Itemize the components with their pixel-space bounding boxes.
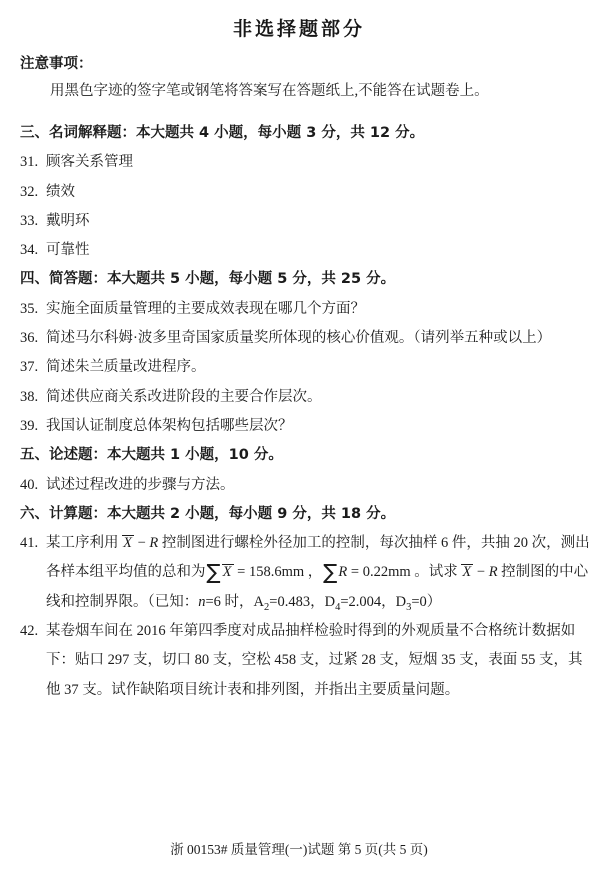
question-39: 39.我国认证制度总体架构包括哪些层次？ <box>0 412 598 441</box>
question-42-number: 42. <box>20 617 38 646</box>
question-32: 32.绩效 <box>0 178 598 207</box>
question-35-number: 35. <box>20 295 38 324</box>
section-6-header: 六、计算题：本大题共 2 小题，每小题 9 分，共 18 分。 <box>0 500 598 529</box>
question-32-number: 32. <box>20 178 38 207</box>
question-41-line-1: 41.某工序利用 X − R 控制图进行螺栓外径加工的控制，每次抽样 6 件，共… <box>0 529 598 558</box>
question-34-text: 可靠性 <box>46 242 90 258</box>
question-33: 33.戴明环 <box>0 207 598 236</box>
question-42-text-2: 下：贴口 297 支，切口 80 支，空松 458 支，过紧 28 支，短烟 3… <box>46 652 583 668</box>
question-39-number: 39. <box>20 412 38 441</box>
question-41-line-3: 线和控制界限。（已知：n=6 时，A2=0.483，D4=2.004，D3=0） <box>0 588 598 617</box>
question-40-number: 40. <box>20 471 38 500</box>
sum-xbar-value: = 158.6mm ， <box>234 564 323 580</box>
xbar-symbol: X <box>222 564 234 580</box>
r-symbol: R <box>149 535 158 551</box>
question-36: 36.简述马尔科姆·波多里奇国家质量奖所体现的核心价值观。（请列举五种或以上） <box>0 324 598 353</box>
n-symbol: n <box>198 594 205 610</box>
section-4-header: 四、简答题：本大题共 5 小题，每小题 5 分，共 25 分。 <box>0 265 598 294</box>
minus-sign: − <box>134 535 149 551</box>
notice-label: 注意事项： <box>20 52 93 73</box>
question-42-text-1: 某卷烟车间在 2016 年第四季度对成品抽样检验时得到的外观质量不合格统计数据如 <box>46 623 575 639</box>
question-36-number: 36. <box>20 324 38 353</box>
question-37-number: 37. <box>20 353 38 382</box>
sum-r-value: = 0.22mm 。试求 <box>347 564 461 580</box>
question-42-line-3: 他 37 支。试作缺陷项目统计表和排列图，并指出主要质量问题。 <box>0 676 598 705</box>
question-35-text: 实施全面质量管理的主要成效表现在哪几个方面？ <box>46 301 365 317</box>
question-31-text: 顾客关系管理 <box>46 154 133 170</box>
r-symbol: R <box>489 564 498 580</box>
question-41-text-8: =2.004，D <box>340 594 406 610</box>
page-title: 非选择题部分 <box>0 14 598 41</box>
question-41-text-9: =0） <box>411 594 441 610</box>
exam-page: 非选择题部分 注意事项： 用黑色字迹的签字笔或钢笔将答案写在答题纸上,不能答在试… <box>0 0 598 886</box>
question-38-text: 简述供应商关系改进阶段的主要合作层次。 <box>46 389 322 405</box>
question-31-number: 31. <box>20 148 38 177</box>
question-40: 40.试述过程改进的步骤与方法。 <box>0 471 598 500</box>
question-41-text-6: =6 时，A <box>206 594 265 610</box>
question-39-text: 我国认证制度总体架构包括哪些层次？ <box>46 418 293 434</box>
question-40-text: 试述过程改进的步骤与方法。 <box>46 477 235 493</box>
minus-sign: − <box>473 564 488 580</box>
question-41-line-2: 各样本组平均值的总和为∑X = 158.6mm ，∑R = 0.22mm 。试求… <box>0 558 598 587</box>
sum-icon: ∑ <box>322 560 338 584</box>
question-33-text: 戴明环 <box>46 213 90 229</box>
question-33-number: 33. <box>20 207 38 236</box>
question-37-text: 简述朱兰质量改进程序。 <box>46 359 206 375</box>
question-41-number: 41. <box>20 529 38 558</box>
question-38: 38.简述供应商关系改进阶段的主要合作层次。 <box>0 383 598 412</box>
question-42-line-2: 下：贴口 297 支，切口 80 支，空松 458 支，过紧 28 支，短烟 3… <box>0 646 598 675</box>
question-36-text: 简述马尔科姆·波多里奇国家质量奖所体现的核心价值观。（请列举五种或以上） <box>46 330 551 346</box>
r-symbol: R <box>338 564 347 580</box>
question-41-text-2: 控制图进行螺栓外径加工的控制，每次抽样 6 件，共抽 20 次，测出 <box>158 535 589 551</box>
page-footer: 浙 00153# 质量管理(一)试题 第 5 页(共 5 页) <box>0 838 598 858</box>
question-31: 31.顾客关系管理 <box>0 148 598 177</box>
question-41-text-3: 各样本组平均值的总和为 <box>46 564 206 580</box>
sum-icon: ∑ <box>206 560 222 584</box>
question-34: 34.可靠性 <box>0 236 598 265</box>
question-41-text-5: 线和控制界限。（已知： <box>46 594 198 610</box>
question-list: 三、名词解释题：本大题共 4 小题，每小题 3 分，共 12 分。 31.顾客关… <box>0 119 598 705</box>
question-42-text-3: 他 37 支。试作缺陷项目统计表和排列图，并指出主要质量问题。 <box>46 682 459 698</box>
section-5-header: 五、论述题：本大题共 1 小题，10 分。 <box>0 441 598 470</box>
question-35: 35.实施全面质量管理的主要成效表现在哪几个方面？ <box>0 295 598 324</box>
question-41-text-7: =0.483，D <box>269 594 335 610</box>
question-37: 37.简述朱兰质量改进程序。 <box>0 353 598 382</box>
xbar-symbol: X <box>122 535 134 551</box>
question-41-text-4: 控制图的中心 <box>498 564 589 580</box>
question-32-text: 绩效 <box>46 184 75 200</box>
section-3-header: 三、名词解释题：本大题共 4 小题，每小题 3 分，共 12 分。 <box>0 119 598 148</box>
xbar-symbol: X <box>461 564 473 580</box>
question-34-number: 34. <box>20 236 38 265</box>
question-38-number: 38. <box>20 383 38 412</box>
question-42-line-1: 42.某卷烟车间在 2016 年第四季度对成品抽样检验时得到的外观质量不合格统计… <box>0 617 598 646</box>
question-41-text-1: 某工序利用 <box>46 535 122 551</box>
notice-text: 用黑色字迹的签字笔或钢笔将答案写在答题纸上,不能答在试题卷上。 <box>50 79 489 100</box>
